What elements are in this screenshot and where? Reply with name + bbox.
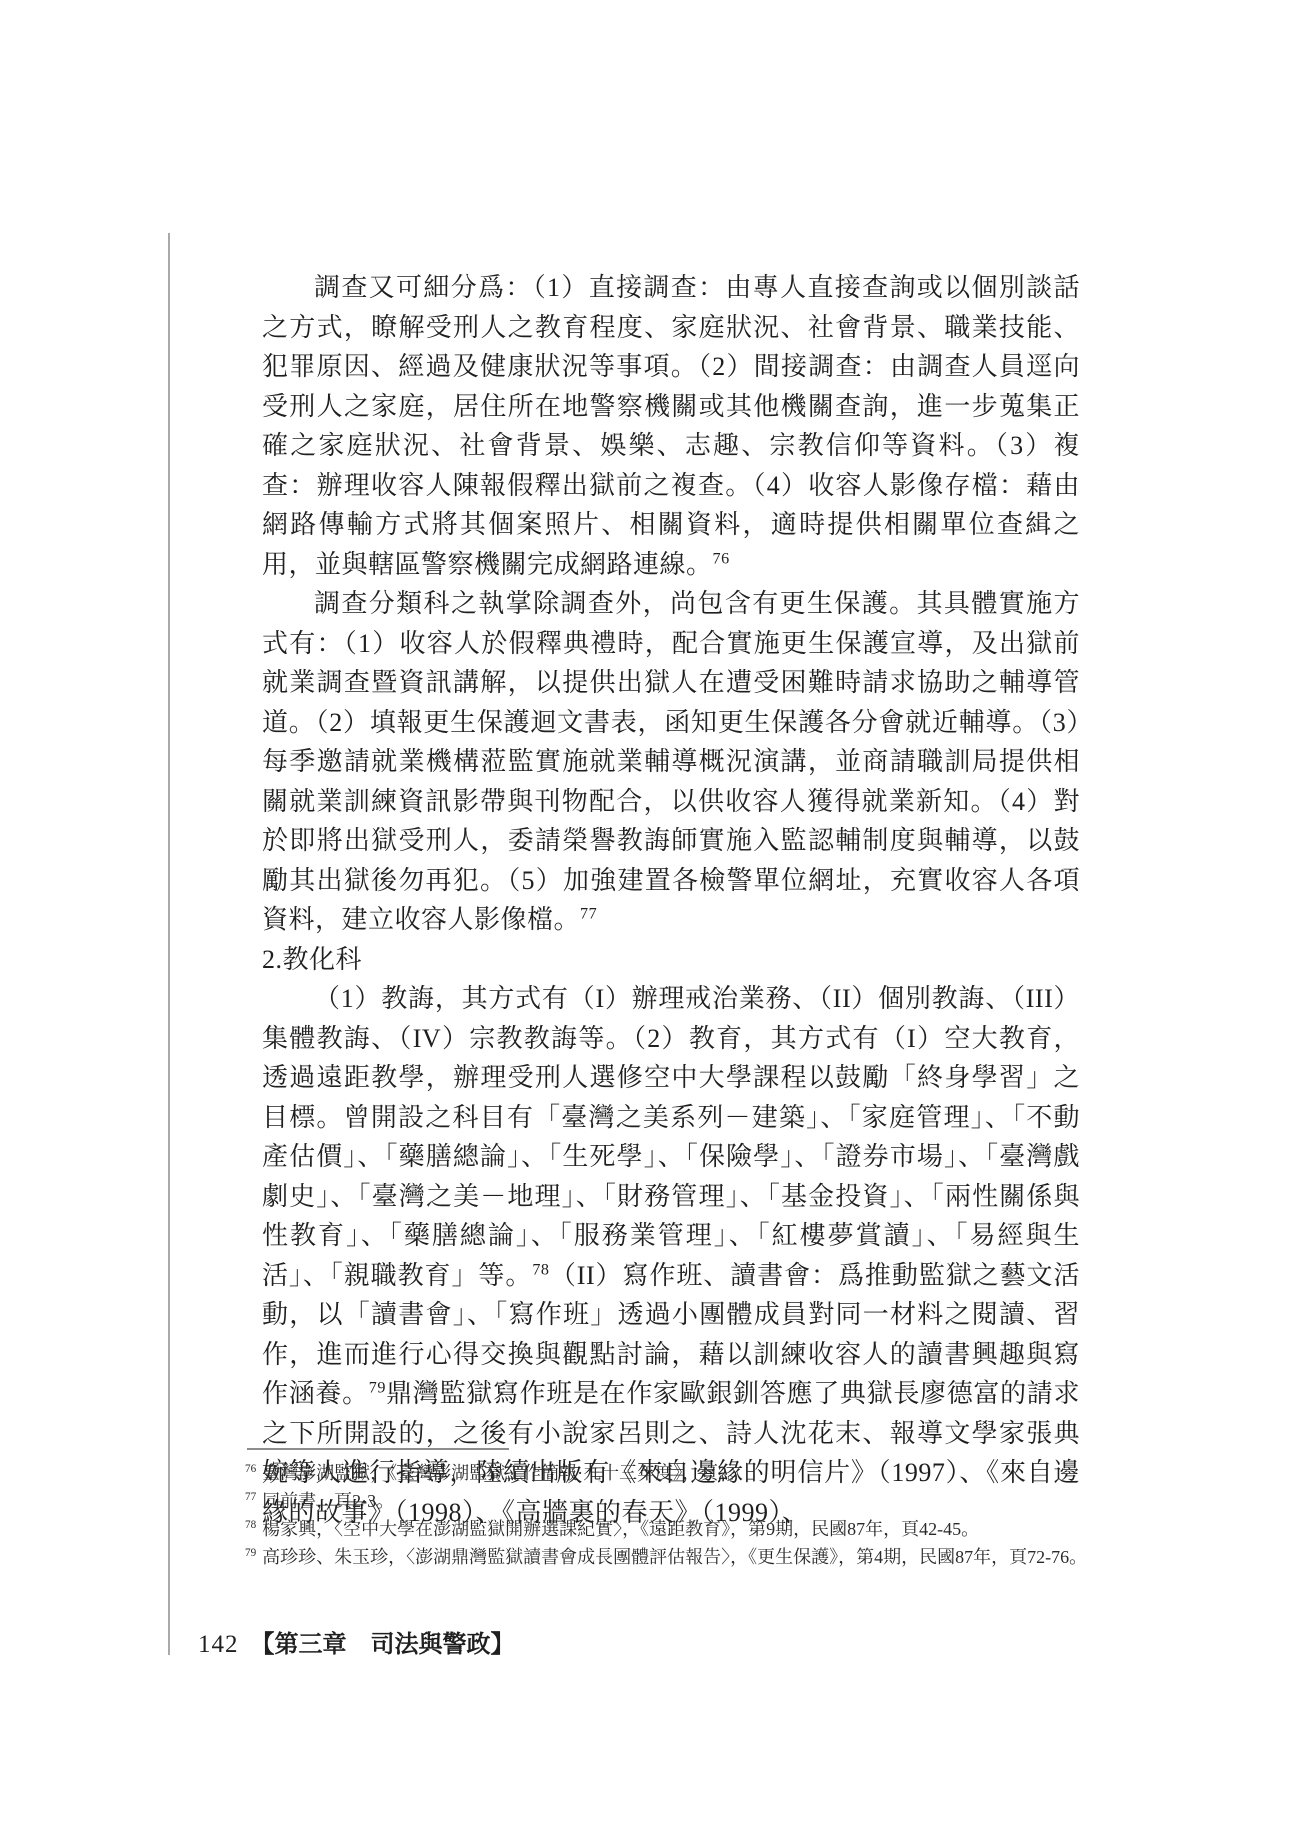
footnote-number: 79 <box>245 1547 256 1559</box>
footnote-ref-78: 78 <box>532 1261 549 1278</box>
footnote-number: 78 <box>245 1519 256 1531</box>
footnotes-section: 76臺灣澎湖監獄，《臺灣澎湖監獄工作簡報·九十三年度》，頁2。 77同前書，頁2… <box>245 1448 945 1571</box>
paragraph-text: 調查又可細分爲：（1）直接調查：由專人直接查詢或以個別談話之方式，瞭解受刑人之教… <box>262 273 1080 579</box>
paragraph-text: 調查分類科之執掌除調查外，尚包含有更生保護。其具體實施方式有：（1）收容人於假釋… <box>262 589 1080 934</box>
document-page: 調查又可細分爲：（1）直接調查：由專人直接查詢或以個別談話之方式，瞭解受刑人之教… <box>0 0 1300 1838</box>
footnote-text: 同前書，頁2-3。 <box>262 1491 394 1511</box>
section-heading: 2.教化科 <box>262 940 1080 980</box>
footnote-text: 高珍珍、朱玉珍，〈澎湖鼎灣監獄讀書會成長團體評估報告〉，《更生保護》，第4期，民… <box>262 1547 1087 1567</box>
footnote-ref-77: 77 <box>580 905 597 922</box>
footnote-separator <box>247 1448 509 1450</box>
left-margin-rule <box>168 233 170 1655</box>
page-footer: 142【第三章 司法與警政】 <box>198 1624 515 1659</box>
body-paragraph: 調查又可細分爲：（1）直接調查：由專人直接查詢或以個別談話之方式，瞭解受刑人之教… <box>262 268 1080 584</box>
paragraph-text: （1）教誨，其方式有（I）辦理戒治業務、（II）個別教誨、（III）集體教誨、（… <box>262 984 1080 1290</box>
footnote-number: 76 <box>245 1463 256 1475</box>
footnote-item: 77同前書，頁2-3。 <box>245 1487 945 1515</box>
page-number: 142 <box>198 1631 239 1658</box>
footnote-ref-79: 79 <box>369 1379 386 1396</box>
footnote-item: 79高珍珍、朱玉珍，〈澎湖鼎灣監獄讀書會成長團體評估報告〉，《更生保護》，第4期… <box>245 1543 945 1571</box>
body-paragraph: 調查分類科之執掌除調查外，尚包含有更生保護。其具體實施方式有：（1）收容人於假釋… <box>262 584 1080 940</box>
body-text-block: 調查又可細分爲：（1）直接調查：由專人直接查詢或以個別談話之方式，瞭解受刑人之教… <box>262 268 1080 1532</box>
footnote-text: 臺灣澎湖監獄，《臺灣澎湖監獄工作簡報·九十三年度》，頁2。 <box>262 1463 745 1483</box>
footnote-ref-76: 76 <box>713 550 730 567</box>
chapter-title: 【第三章 司法與警政】 <box>251 1632 515 1658</box>
footnote-item: 78楊家興，〈空中大學在澎湖監獄開辦選課紀實〉，《遠距教育》，第9期，民國87年… <box>245 1515 945 1543</box>
footnote-text: 楊家興，〈空中大學在澎湖監獄開辦選課紀實〉，《遠距教育》，第9期，民國87年，頁… <box>262 1519 979 1539</box>
footnote-number: 77 <box>245 1491 256 1503</box>
footnote-item: 76臺灣澎湖監獄，《臺灣澎湖監獄工作簡報·九十三年度》，頁2。 <box>245 1459 945 1487</box>
